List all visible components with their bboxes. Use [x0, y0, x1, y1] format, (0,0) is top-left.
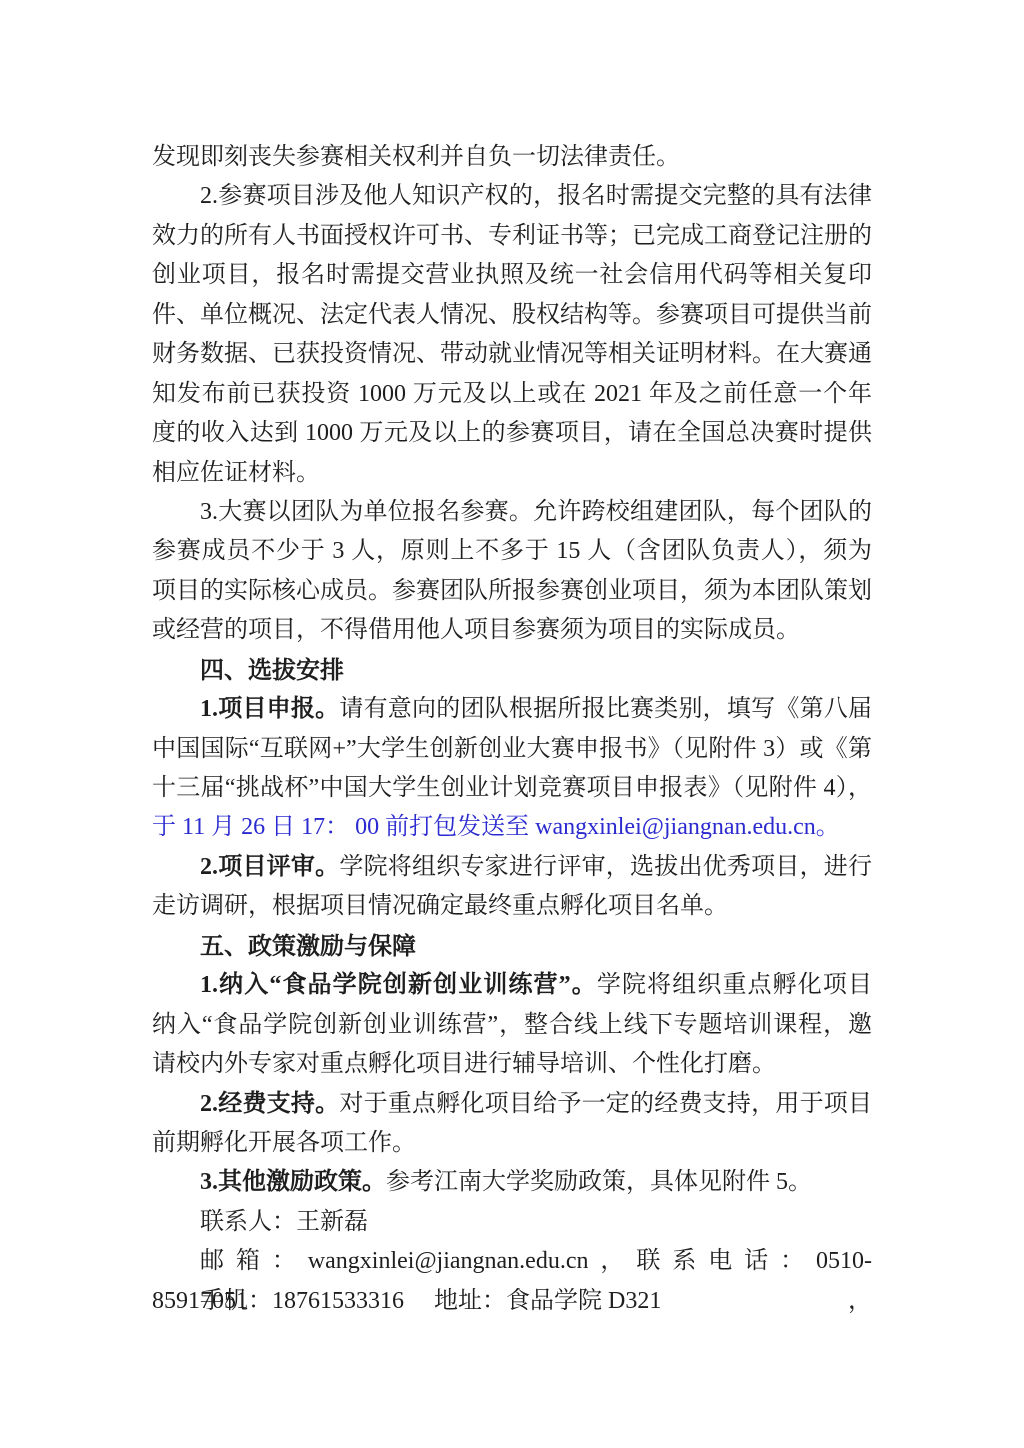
- line-funding-2: 前期孵化开展各项工作。: [152, 1124, 872, 1163]
- line-liability: 发现即刻丧失参赛相关权利并自负一切法律责任。: [152, 138, 872, 177]
- text-run: 或经营的项目，不得借用他人项目参赛须为项目的实际成员。: [152, 617, 800, 643]
- line-contact-email-phone: 邮箱：wangxinlei@jiangnan.edu.cn，联系电话：0510-…: [152, 1242, 872, 1281]
- line-review-2: 走访调研，根据项目情况确定最终重点孵化项目名单。: [152, 887, 872, 926]
- line-clause3-1: 3.大赛以团队为单位报名参赛。允许跨校组建团队，每个团队的: [152, 493, 872, 532]
- text-run: 2.项目评审。: [200, 854, 339, 880]
- line-apply-3: 十三届“挑战杯”中国大学生创业计划竞赛项目申报表》（见附件 4），: [152, 769, 872, 808]
- line-deadline: 于 11 月 26 日 17： 00 前打包发送至 wangxinlei@jia…: [152, 808, 872, 847]
- text-run: 效力的所有人书面授权许可书、专利证书等；已完成工商登记注册的: [152, 223, 872, 249]
- text-run: 2.经费支持。: [200, 1091, 339, 1117]
- text-run: 对于重点孵化项目给予一定的经费支持，用于项目: [339, 1091, 872, 1117]
- text-run: 3.其他激励政策。: [200, 1169, 386, 1195]
- document-page: 发现即刻丧失参赛相关权利并自负一切法律责任。2.参赛项目涉及他人知识产权的，报名…: [0, 0, 1024, 1448]
- text-run: 发现即刻丧失参赛相关权利并自负一切法律责任。: [152, 144, 680, 170]
- text-run: 中国国际“互联网+”大学生创新创业大赛申报书》（见附件 3）或《第: [152, 736, 872, 762]
- line-clause3-4: 或经营的项目，不得借用他人项目参赛须为项目的实际成员。: [152, 611, 872, 650]
- line-funding-1: 2.经费支持。对于重点孵化项目给予一定的经费支持，用于项目: [152, 1085, 872, 1124]
- text-run: 四、选拔安排: [200, 657, 344, 684]
- line-camp-1: 1.纳入“食品学院创新创业训练营”。学院将组织重点孵化项目: [152, 966, 872, 1005]
- line-apply-2: 中国国际“互联网+”大学生创新创业大赛申报书》（见附件 3）或《第: [152, 730, 872, 769]
- line-clause2-2: 效力的所有人书面授权许可书、专利证书等；已完成工商登记注册的: [152, 217, 872, 256]
- line-camp-2: 纳入“食品学院创新创业训练营”，整合线上线下专题培训课程，邀: [152, 1006, 872, 1045]
- line-clause2-8: 相应佐证材料。: [152, 454, 872, 493]
- text-run: 。: [816, 814, 840, 840]
- text-run: 2.参赛项目涉及他人知识产权的，报名时需提交完整的具有法律: [200, 183, 872, 209]
- text-run: 十三届“挑战杯”中国大学生创业计划竞赛项目申报表》（见附件 4），: [152, 775, 872, 801]
- line-review-1: 2.项目评审。学院将组织专家进行评审，选拔出优秀项目，进行: [152, 848, 872, 887]
- line-clause3-2: 参赛成员不少于 3 人，原则上不多于 15 人（含团队负责人），须为: [152, 532, 872, 571]
- text-run: 手机：18761533316 地址：食品学院 D321: [200, 1288, 661, 1314]
- section-heading-4: 四、选拔安排: [152, 651, 872, 690]
- line-other-policy: 3.其他激励政策。参考江南大学奖励政策，具体见附件 5。: [152, 1163, 872, 1202]
- contact-email: wangxinlei@jiangnan.edu.cn: [308, 1248, 589, 1274]
- line-camp-3: 请校内外专家对重点孵化项目进行辅导培训、个性化打磨。: [152, 1045, 872, 1084]
- line-clause2-3: 创业项目，报名时需提交营业执照及统一社会信用代码等相关复印: [152, 256, 872, 295]
- line-contact-person: 联系人：王新磊: [152, 1203, 872, 1242]
- text-run: 知发布前已获投资 1000 万元及以上或在 2021 年及之前任意一个年: [152, 381, 872, 407]
- line-clause3-3: 项目的实际核心成员。参赛团队所报参赛创业项目，须为本团队策划: [152, 572, 872, 611]
- text-run: 于 11 月 26 日 17： 00 前打包发送至: [152, 814, 535, 840]
- text-run: 项目的实际核心成员。参赛团队所报参赛创业项目，须为本团队策划: [152, 578, 872, 604]
- text-run: 财务数据、已获投资情况、带动就业情况等相关证明材料。在大赛通: [152, 341, 872, 367]
- line-clause2-4: 件、单位概况、法定代表人情况、股权结构等。参赛项目可提供当前: [152, 296, 872, 335]
- text-run: 请校内外专家对重点孵化项目进行辅导培训、个性化打磨。: [152, 1051, 776, 1077]
- text-run: 参赛成员不少于 3 人，原则上不多于 15 人（含团队负责人），须为: [152, 538, 872, 564]
- text-run: 学院将组织专家进行评审，选拔出优秀项目，进行: [339, 854, 872, 880]
- text-run: 联系人：王新磊: [200, 1209, 368, 1235]
- text-run: 创业项目，报名时需提交营业执照及统一社会信用代码等相关复印: [152, 262, 872, 288]
- line-apply-1: 1.项目申报。请有意向的团队根据所报比赛类别，填写《第八届: [152, 690, 872, 729]
- text-run: 五、政策激励与保障: [200, 933, 416, 960]
- section-heading-5: 五、政策激励与保障: [152, 927, 872, 966]
- text-run: 走访调研，根据项目情况确定最终重点孵化项目名单。: [152, 893, 728, 919]
- text-run: 度的收入达到 1000 万元及以上的参赛项目，请在全国总决赛时提供: [152, 420, 872, 446]
- line-clause2-1: 2.参赛项目涉及他人知识产权的，报名时需提交完整的具有法律: [152, 177, 872, 216]
- text-run: 3.大赛以团队为单位报名参赛。允许跨校组建团队，每个团队的: [200, 499, 872, 525]
- text-run: 相应佐证材料。: [152, 460, 320, 486]
- text-run: 请有意向的团队根据所报比赛类别，填写《第八届: [339, 696, 872, 722]
- line-clause2-5: 财务数据、已获投资情况、带动就业情况等相关证明材料。在大赛通: [152, 335, 872, 374]
- line-clause2-7: 度的收入达到 1000 万元及以上的参赛项目，请在全国总决赛时提供: [152, 414, 872, 453]
- text-run: 纳入“食品学院创新创业训练营”，整合线上线下专题培训课程，邀: [152, 1012, 872, 1038]
- text-run: 件、单位概况、法定代表人情况、股权结构等。参赛项目可提供当前: [152, 302, 872, 328]
- line-clause2-6: 知发布前已获投资 1000 万元及以上或在 2021 年及之前任意一个年: [152, 375, 872, 414]
- text-run: 学院将组织重点孵化项目: [597, 972, 872, 998]
- email-link[interactable]: wangxinlei@jiangnan.edu.cn: [535, 814, 816, 840]
- text-run: 参考江南大学奖励政策，具体见附件 5。: [386, 1169, 812, 1195]
- text-run: 1.项目申报。: [200, 696, 339, 722]
- text-run: 前期孵化开展各项工作。: [152, 1130, 416, 1156]
- document-body: 发现即刻丧失参赛相关权利并自负一切法律责任。2.参赛项目涉及他人知识产权的，报名…: [152, 138, 872, 1321]
- text-run: 邮箱：: [200, 1248, 308, 1274]
- text-run: 1.纳入“食品学院创新创业训练营”。: [200, 972, 597, 998]
